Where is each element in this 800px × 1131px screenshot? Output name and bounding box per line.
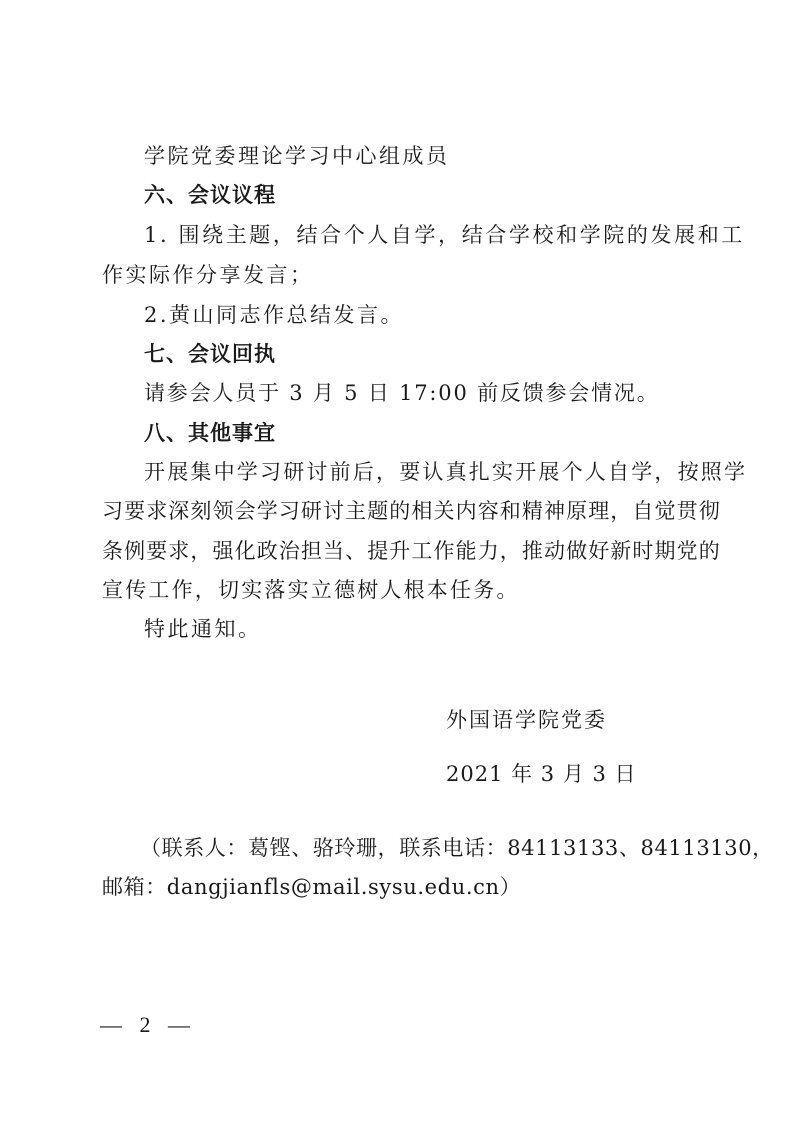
other-matters-line-3: 条例要求，强化政治担当、提升工作能力，推动做好新时期党的 (102, 537, 702, 565)
agenda-item-1-line-1: 1. 围绕主题，结合个人自学，结合学校和学院的发展和工 (144, 221, 744, 249)
agenda-item-1-line-2: 作实际作分享发言； (102, 261, 702, 289)
contact-line-2: 邮箱：dangjianfls@mail.sysu.edu.cn） (102, 873, 702, 901)
other-matters-line-1: 开展集中学习研讨前后，要认真扎实开展个人自学，按照学 (144, 458, 744, 486)
other-matters-line-2: 习要求深刻领会学习研讨主题的相关内容和精神原理，自觉贯彻 (102, 497, 702, 525)
signature-org: 外国语学院党委 (446, 706, 800, 734)
other-matters-line-4: 宣传工作，切实落实立德树人根本任务。 (102, 576, 702, 604)
reply-instruction: 请参会人员于 3 月 5 日 17:00 前反馈参会情况。 (144, 379, 744, 407)
section-7-heading: 七、会议回执 (144, 340, 744, 368)
section-6-heading: 六、会议议程 (144, 181, 744, 209)
agenda-item-2: 2.黄山同志作总结发言。 (144, 301, 744, 329)
page-number: — 2 — (100, 1012, 196, 1038)
contact-line-1: （联系人：葛铿、骆玲珊，联系电话：84113133、84113130， (140, 834, 740, 862)
section-8-heading: 八、其他事宜 (144, 419, 744, 447)
signature-date: 2021 年 3 月 3 日 (446, 760, 800, 788)
members-line: 学院党委理论学习中心组成员 (144, 142, 744, 170)
closing-text: 特此通知。 (144, 615, 744, 643)
